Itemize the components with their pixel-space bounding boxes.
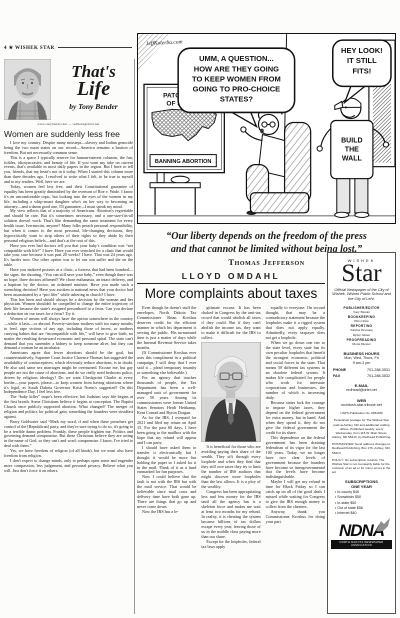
staff-name: Ryder Jahner [331,333,392,337]
article-paragraph: This has been and should always be a dec… [4,298,133,318]
editorial-cartoon: JeffKoterba.com PATCHWORK OF STATES BANN… [137,33,396,224]
staff-list: PUBLISHER/EDITOR Tony Bender BOOKKEEPING… [331,306,392,346]
map-caption: BANNING ABORTION [155,159,211,165]
quote-line1: “Our liberty depends on the freedom of t… [137,230,396,243]
article-paragraph: My view reflects that of a majority of A… [4,209,133,243]
article-paragraph: Except for the loopholes, federal tax la… [201,539,260,549]
policy-notice: POLICY: No subscription refunds. The Wis… [331,458,392,475]
fax-label: FAX [333,374,340,378]
newspaper-opinion-page: 4 ★ WISHEK STAR OPINION WWW.MCINTOSH-STA… [0,0,400,618]
article-column-3: equally to everyone. On second thought, … [266,305,325,605]
article-paragraph: Even though he doesn't stuff the envelop… [137,305,196,350]
ndna-association-name: NORTH DAKOTA NEWSPAPER ASSOCIATION [331,540,392,549]
article-paragraph: Americans agree that fewer abortions sho… [4,351,133,395]
svg-text:UMM, A QUESTION...: UMM, A QUESTION... [199,54,274,63]
article-paragraph: The “baby killer” trope's been effective… [4,395,133,419]
article-paragraph: Now I could believe that the fault is no… [137,474,196,509]
column-2-top: gitimate excuse. It has been choked in C… [201,305,260,340]
svg-text:TO KEEP WOMEN FROM: TO KEEP WOMEN FROM [192,74,281,83]
side-table [150,173,200,215]
bender-article-body: I love my country. Despite many missteps… [4,141,133,588]
article-paragraph: I should have asked them to transfer it … [137,445,196,475]
phone-row: PHONE 701-288-3531 [331,368,392,372]
omdahl-article: LLOYD OMDAHL More complaints about taxes… [137,271,325,605]
email-address: redhead@drtel.net [331,388,392,393]
article-paragraph: Maybe I will get my refund in time for B… [266,479,325,509]
fax-number: 701-288-3532 [367,374,390,378]
eagle-icon [375,518,391,537]
article-column-1: Even though he doesn't stuff the envelop… [137,305,196,605]
article-paragraph: Have you ever had doctors tell you that … [4,244,133,268]
omdahl-headline: More complaints about taxes [137,286,325,301]
column-2-bottom: It is beneficial for those who are avoid… [201,444,260,549]
shirt-text-line3: WALL [342,156,363,163]
fax-row: FAX 701-288-3532 [331,374,392,378]
web-address: mcintosh-star-tribune.net [331,403,392,408]
svg-text:STATES?: STATES? [220,94,254,103]
article-paragraph: Barry Goldwater said “Mark my word, if a… [4,420,133,449]
svg-text:GOING TO PRO-CHOICE: GOING TO PRO-CHOICE [193,84,281,93]
svg-text:HOW ARE THEY GOING: HOW ARE THEY GOING [194,64,279,73]
article-paragraph: Anyway, thank you Commissioner Kroshus f… [266,509,325,524]
staff-name: Elliot Rust [331,319,392,323]
bender-headline: Women are suddenly less free [4,129,133,139]
article-column-2: gitimate excuse. It has been choked in C… [201,305,260,605]
article-paragraph: gitimate excuse. It has been choked in C… [201,305,260,340]
byline-rule [137,283,325,284]
header-rule-left [58,47,132,48]
article-paragraph: When we go down one tier to the state le… [266,340,325,400]
svg-text:IT STILL: IT STILL [347,56,377,65]
column-title-block: That's Life by Tony Bender [54,59,133,111]
page-number: 4 [4,46,7,51]
article-columns: Even though he doesn't stuff the envelop… [137,305,325,605]
column-masthead: That's Life by Tony Bender [4,59,133,120]
masthead-box: WISHEK Star Official Newspaper of the Ci… [327,252,396,614]
tony-bender-photo [4,59,51,120]
article-paragraph: This dependence on the federal governmen… [266,435,325,480]
article-paragraph: Today, women feel less free, and their C… [4,185,133,209]
lloyd-omdahl-photo [201,342,260,442]
staff-name: Tony Bender [331,310,392,314]
svg-text:HEY LOOK!: HEY LOOK! [341,46,383,55]
bender-column: That's Life by Tony Bender www.tonybende… [4,59,133,588]
subscription-rates: In-county $46Snowbirds $50In-state $50Ou… [331,490,392,515]
usps-number: USPS Publication No. 688-880 [331,411,392,415]
star-icon: ★ [9,46,14,51]
staff-entry: PROOFREADING Marie Dietzer [331,338,392,346]
article-paragraph: I don't expect to change minds, only to … [4,459,133,474]
article-paragraph: Because states lack the courage to impos… [266,400,325,435]
staff-entry: BOOKKEEPING Elliot Rust [331,315,392,323]
staff-entry: PUBLISHER/EDITOR Tony Bender [331,306,392,314]
svg-text:FITS!: FITS! [352,66,371,75]
page-number-and-paper: 4 ★ WISHEK STAR [4,45,54,51]
article-paragraph: It is beneficial for those who are avoid… [201,444,260,489]
article-paragraph: Congress has been appropriating less and… [201,489,260,539]
staff-entry: REPORTING Sabrina Hornung [331,324,392,332]
postmaster-notice: POSTMASTER: Send address changes to: Red… [331,442,392,455]
staff-entry: Ryder Jahner [331,333,392,337]
shirt-text-line1: BUILD [341,138,362,145]
masthead-tagline: Official Newspaper of the City of Wishek… [331,288,392,303]
ndna-logo: NDNA NORTH DAKOTA NEWSPAPER ASSOCIATION [331,522,392,549]
article-paragraph: Women of means will always have the opti… [4,317,133,351]
subscription-rate-item: Internet $40 [335,511,392,516]
shirt-text-line2: THE [345,147,359,154]
business-hours-time: 9 am-3 pm [331,361,392,366]
phone-label: PHONE [333,368,346,372]
paper-name: WISHEK STAR [15,46,54,51]
staff-name: Marie Dietzer [331,342,392,346]
column-title-line2: Life [54,80,133,99]
staff-name: Sabrina Hornung [331,328,392,332]
article-paragraph: equally to everyone. On second thought, … [266,305,325,340]
article-paragraph: I love my country. Despite many missteps… [4,141,133,156]
article-paragraph: For an agency that touches thousands of … [137,375,196,415]
article-paragraph: Now the IRS has a le- [137,509,196,514]
author-contact-line: www.tonybender.net — redhead@drtel.net [4,122,133,126]
article-paragraph: As for the IRS, I overpaid for 2021 and … [137,415,196,445]
omdahl-byline: LLOYD OMDAHL [137,271,325,281]
legal-notice: Periodicals postage for The Wishek Star … [331,418,392,439]
column-divider [134,59,135,614]
column-byline: by Tony Bender [54,102,133,111]
article-paragraph: This is a space I typically reserve for … [4,156,133,185]
article-paragraph: (If Commissioner Kroshus ever uses this … [137,350,196,375]
phone-number: 701-288-3531 [367,368,390,372]
subscriptions-term: ONE YEAR [331,484,392,489]
article-paragraph: Have you endured protests at a clinic, a… [4,268,133,297]
masthead-name: Star [331,263,392,286]
